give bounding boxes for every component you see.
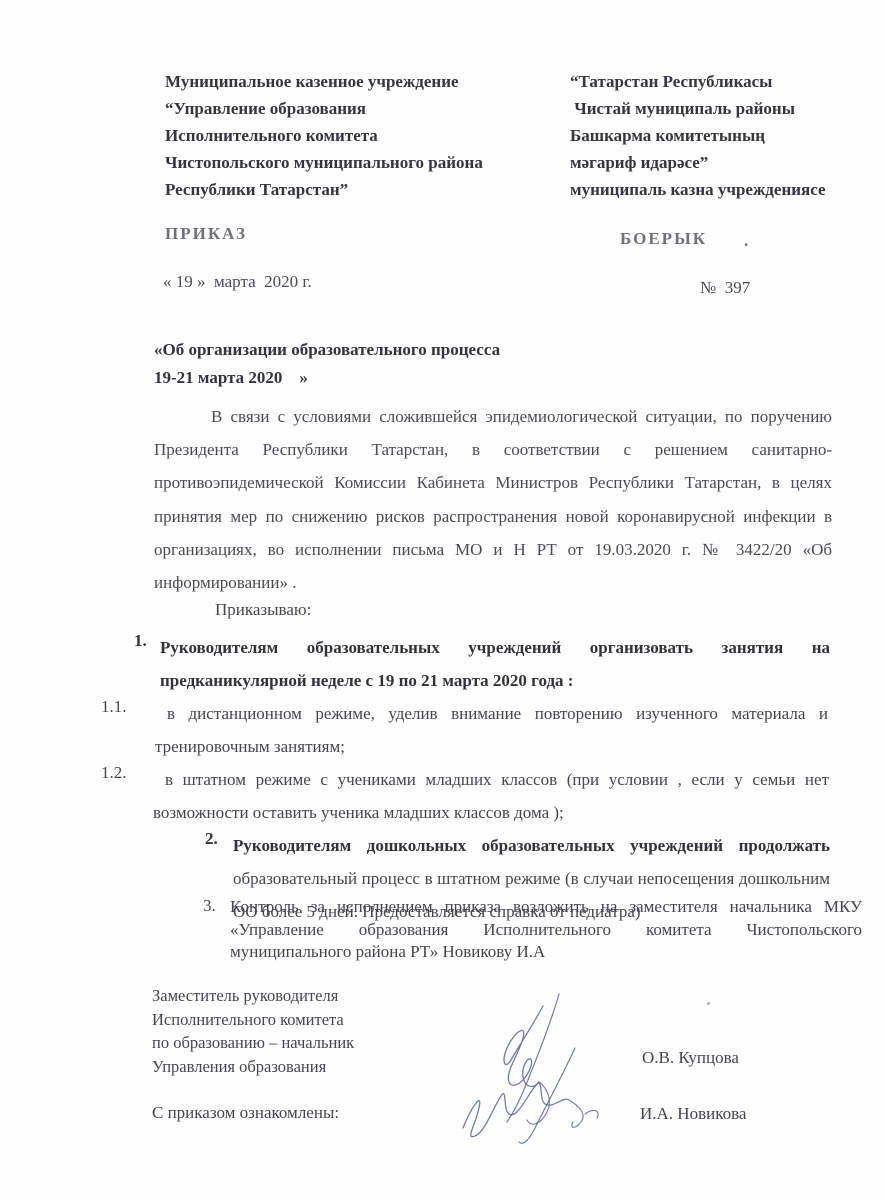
org-right-line: муниципаль казна учреждениясе: [570, 176, 882, 203]
signature-ink: [435, 988, 645, 1153]
signatory-name-novikova: И.А. Новикова: [640, 1104, 746, 1124]
org-left-line: Исполнительного комитета: [165, 122, 565, 149]
subject-heading: «Об организации образовательного процесс…: [154, 336, 714, 392]
item-number: 2.: [205, 829, 218, 849]
position-line: Управления образования: [152, 1055, 482, 1079]
org-right-line: Чистай муниципаль районы: [570, 95, 882, 122]
doc-number: № 397: [700, 278, 750, 298]
scan-artifact-dot: .: [744, 231, 750, 251]
org-left-line: Чистопольского муниципального района: [165, 149, 565, 176]
item-text: Контроль за исполнением приказа возложит…: [230, 896, 862, 964]
list-item-1-2: 1.2. в штатном режиме с учениками младши…: [0, 763, 829, 829]
acknowledgement-label: С приказом ознакомлены:: [152, 1103, 339, 1123]
item-number: 3.: [203, 896, 216, 916]
item-text: в дистанционном режиме, уделив внимание …: [155, 697, 828, 763]
org-left-line: Муниципальное казенное учреждение: [165, 68, 565, 95]
org-left-line: Республики Татарстан”: [165, 176, 565, 203]
item-text-bold: Руководителям дошкольных образовательных…: [233, 836, 830, 855]
list-item-1: 1. Руководителям образовательных учрежде…: [0, 631, 830, 697]
item-text: Руководителям образовательных учреждений…: [160, 631, 830, 697]
org-right-line: мәгариф идарәсе”: [570, 149, 882, 176]
item-number: 1.2.: [101, 763, 127, 783]
doc-date: « 19 » марта 2020 г.: [163, 272, 312, 292]
position-line: Исполнительного комитета: [152, 1008, 482, 1032]
org-header-right: “Татарстан Республикасы Чистай муниципал…: [570, 68, 882, 203]
position-line: по образованию – начальник: [152, 1031, 482, 1055]
org-header-left: Муниципальное казенное учреждение “Управ…: [165, 68, 565, 203]
item-text: в штатном режиме с учениками младших кла…: [153, 763, 829, 829]
subject-line: 19-21 марта 2020 »: [154, 364, 714, 392]
intro-paragraph: В связи с условиями сложившейся эпидемио…: [154, 400, 832, 599]
subject-line: «Об организации образовательного процесс…: [154, 336, 714, 364]
signatory-name-kuptsova: О.В. Купцова: [642, 1048, 739, 1068]
scan-speck: [703, 514, 706, 517]
order-word: Приказываю:: [215, 600, 311, 620]
document-page: Муниципальное казенное учреждение “Управ…: [0, 0, 885, 1200]
list-item-3: 3. Контроль за исполнением приказа возло…: [0, 896, 862, 964]
org-right-line: “Татарстан Республикасы: [570, 68, 882, 95]
list-item-1-1: 1.1. в дистанционном режиме, уделив вним…: [0, 697, 828, 763]
item-number: 1.1.: [101, 697, 127, 717]
position-line: Заместитель руководителя: [152, 984, 482, 1008]
org-right-line: Башкарма комитетының: [570, 122, 882, 149]
org-left-line: “Управление образования: [165, 95, 565, 122]
scan-speck: [707, 1002, 710, 1005]
doc-type-boeryk: БОЕРЫК: [620, 229, 707, 249]
signatory-position: Заместитель руководителя Исполнительного…: [152, 984, 482, 1078]
item-number: 1.: [134, 631, 147, 651]
doc-type-prikaz: ПРИКАЗ: [165, 224, 247, 244]
